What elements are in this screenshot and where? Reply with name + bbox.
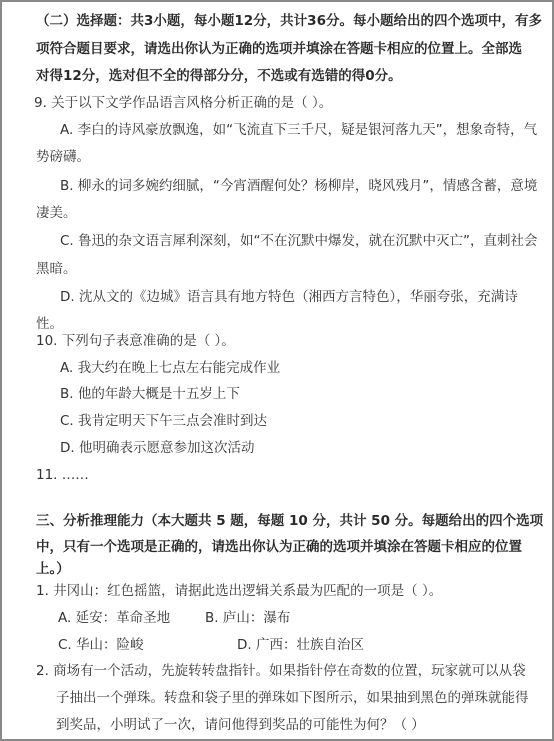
s3-q1-option-a: A. 延安：革命圣地 xyxy=(58,609,170,627)
q9-option-c-line-1: C. 鲁迅的杂文语言犀利深刻，如“不在沉默中爆发，就在沉默中灭亡”，直刺社会 xyxy=(60,232,538,250)
q9-option-a-line-1: A. 李白的诗风豪放飘逸，如“飞流直下三千尺，疑是银河落九天”，想象奇特，气 xyxy=(60,121,537,139)
q10-option-a: A. 我大约在晚上七点左右能完成作业 xyxy=(60,359,280,377)
s3-q1-option-b: B. 庐山：瀑布 xyxy=(205,609,290,627)
q11-placeholder: 11. …… xyxy=(36,466,89,484)
q9-option-b-line-2: 凄美。 xyxy=(36,204,77,222)
q9-option-c-line-2: 黑暗。 xyxy=(36,260,77,278)
exam-page: （二）选择题：共3小题，每小题12分，共计36分。每小题给出的四个选项中，有多 … xyxy=(0,0,554,741)
q10-option-d: D. 他明确表示愿意参加这次活动 xyxy=(60,439,254,457)
q10-option-c: C. 我肯定明天下午三点会准时到达 xyxy=(60,412,267,430)
q10-option-b: B. 他的年龄大概是十五岁上下 xyxy=(60,385,240,403)
section2-header-line-1: （二）选择题：共3小题，每小题12分，共计36分。每小题给出的四个选项中，有多 xyxy=(36,12,542,30)
s3-q2-line-2: 子抽出一个弹珠。转盘和袋子里的弹珠如下图所示，如果抽到黑色的弹珠就能得 xyxy=(56,689,529,707)
s3-q1-option-d: D. 广西：壮族自治区 xyxy=(237,636,364,654)
section2-header-line-2: 项符合题目要求，请选出你认为正确的选项并填涂在答题卡相应的位置上。全部选 xyxy=(36,40,522,58)
q9-option-d-line-1: D. 沈从文的《边城》语言具有地方特色（湘西方言特色），华丽夸张，充满诗 xyxy=(60,288,518,306)
q10-stem: 10. 下列句子表意准确的是（ ）。 xyxy=(36,332,235,350)
q9-stem: 9. 关于以下文学作品语言风格分析正确的是（ ）。 xyxy=(34,94,332,112)
q9-option-a-line-2: 势磅礴。 xyxy=(36,148,90,166)
q9-option-d-line-2: 性。 xyxy=(36,315,63,333)
s3-q1-stem: 1. 井冈山：红色摇篮，请据此选出逻辑关系最为匹配的一项是（ ）。 xyxy=(36,582,442,600)
s3-q1-option-c: C. 华山：险峻 xyxy=(58,636,144,654)
q9-option-b-line-1: B. 柳永的词多婉约细腻，“今宵酒醒何处？杨柳岸，晓风残月”，情感含蓄，意境 xyxy=(60,177,537,195)
section2-header-line-3: 对得12分，选对但不全的得部分分，不选或有选错的得0分。 xyxy=(36,67,402,85)
section3-header-line-2: 中，只有一个选项是正确的，请选出你认为正确的选项并填涂在答题卡相应的位置 xyxy=(36,538,522,556)
section3-header-line-3: 上。） xyxy=(36,560,70,578)
s3-q2-line-3: 到奖品，小明试了一次，请问他得到奖品的可能性为何？（ ） xyxy=(56,716,425,734)
s3-q2-line-1: 2. 商场有一个活动，先旋转转盘指针。如果指针停在奇数的位置，玩家就可以从袋 xyxy=(36,662,526,680)
section3-header-line-1: 三、分析推理能力（本大题共 5 题，每题 10 分，共计 50 分。每题给出的四… xyxy=(36,512,543,530)
